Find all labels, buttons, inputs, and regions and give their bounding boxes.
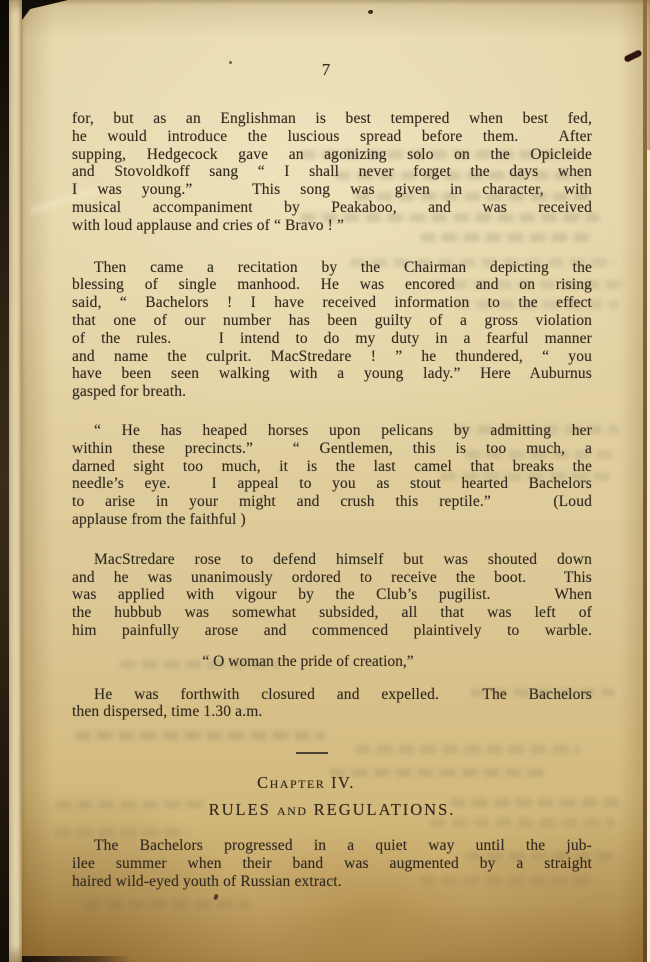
book-page-scan: 7 for, but as an Englishman is best temp…: [0, 0, 650, 962]
page-sheet: 7 for, but as an Englishman is best temp…: [22, 0, 650, 962]
text-column: for, but as an Englishman is best temper…: [72, 110, 592, 891]
text-line: MacStredare rose to defend himself but w…: [72, 551, 592, 569]
chapter-subheading: RULES AND REGULATIONS.: [72, 800, 592, 820]
text-line: he would introduce the luscious spread b…: [72, 128, 592, 146]
text-line: darned sight too much, it is the last ca…: [72, 458, 592, 476]
page-number: 7: [66, 60, 586, 80]
verse-line: “ O woman the pride of creation,”: [48, 653, 568, 671]
text-line: and he was unanimously ordored to receiv…: [72, 569, 592, 587]
corner-shadow: [22, 0, 68, 20]
text-line: haired wild-eyed youth of Russian extrac…: [72, 873, 592, 891]
text-line: was applied with vigour by the Club’s pu…: [72, 586, 592, 604]
text-line: the hubbub was somewhat subsided, all th…: [72, 604, 592, 622]
text-line: “ He has heaped horses upon pelicans by …: [72, 422, 592, 440]
text-line: needle’s eye. I appeal to you as stout h…: [72, 475, 592, 493]
show-through-smudge: [85, 900, 250, 909]
book-gutter: [0, 0, 9, 962]
text-line: The Bachelors progressed in a quiet way …: [72, 837, 592, 855]
text-line: that one of our number has been guilty o…: [72, 312, 592, 330]
text-line: within these precincts.” “ Gentlemen, th…: [72, 440, 592, 458]
paragraph: for, but as an Englishman is best temper…: [72, 110, 592, 235]
paragraph: “ He has heaped horses upon pelicans by …: [72, 422, 592, 529]
subheading-word: RULES: [209, 800, 271, 819]
corner-shadow: [22, 956, 132, 962]
text-line: him painfully arose and commenced plaint…: [72, 622, 592, 640]
subheading-word: REGULATIONS.: [314, 800, 456, 819]
text-line: for, but as an Englishman is best temper…: [72, 110, 592, 128]
text-line: ilee summer when their band was augmente…: [72, 855, 592, 873]
paragraph: The Bachelors progressed in a quiet way …: [72, 837, 592, 890]
text-line: supping, Hedgecock gave an agonizing sol…: [72, 146, 592, 164]
subheading-and: AND: [277, 804, 308, 818]
text-line: applause from the faithful ): [72, 511, 592, 529]
chapter-heading: Chapter IV.: [46, 773, 566, 793]
text-line: musical accompaniment by Peakaboo, and w…: [72, 199, 592, 217]
text-line: He was forthwith closured and expelled. …: [72, 686, 592, 704]
text-line: of the rules. I intend to do my duty in …: [72, 330, 592, 348]
text-line: I was young.” This song was given in cha…: [72, 181, 592, 199]
text-line: then dispersed, time 1.30 a.m.: [72, 703, 592, 721]
text-line: have been seen walking with a young lady…: [72, 365, 592, 383]
paragraph: He was forthwith closured and expelled. …: [72, 686, 592, 722]
ink-speck: [368, 10, 373, 14]
text-line: said, “ Bachelors ! I have received info…: [72, 294, 592, 312]
text-line: with loud applause and cries of “ Bravo …: [72, 217, 592, 235]
text-line: and Stovoldkoff sang “ I shall never for…: [72, 163, 592, 181]
text-line: to arise in your might and crush this re…: [72, 493, 592, 511]
text-line: Then came a recitation by the Chairman d…: [72, 259, 592, 277]
section-divider: [296, 752, 328, 754]
paragraph: Then came a recitation by the Chairman d…: [72, 259, 592, 401]
ink-slash-mark: [624, 49, 643, 62]
text-line: and name the culprit. MacStredare ! ” he…: [72, 348, 592, 366]
text-line: blessing of single manhood. He was encor…: [72, 276, 592, 294]
paragraph: MacStredare rose to defend himself but w…: [72, 551, 592, 640]
text-line: gasped for breath.: [72, 383, 592, 401]
